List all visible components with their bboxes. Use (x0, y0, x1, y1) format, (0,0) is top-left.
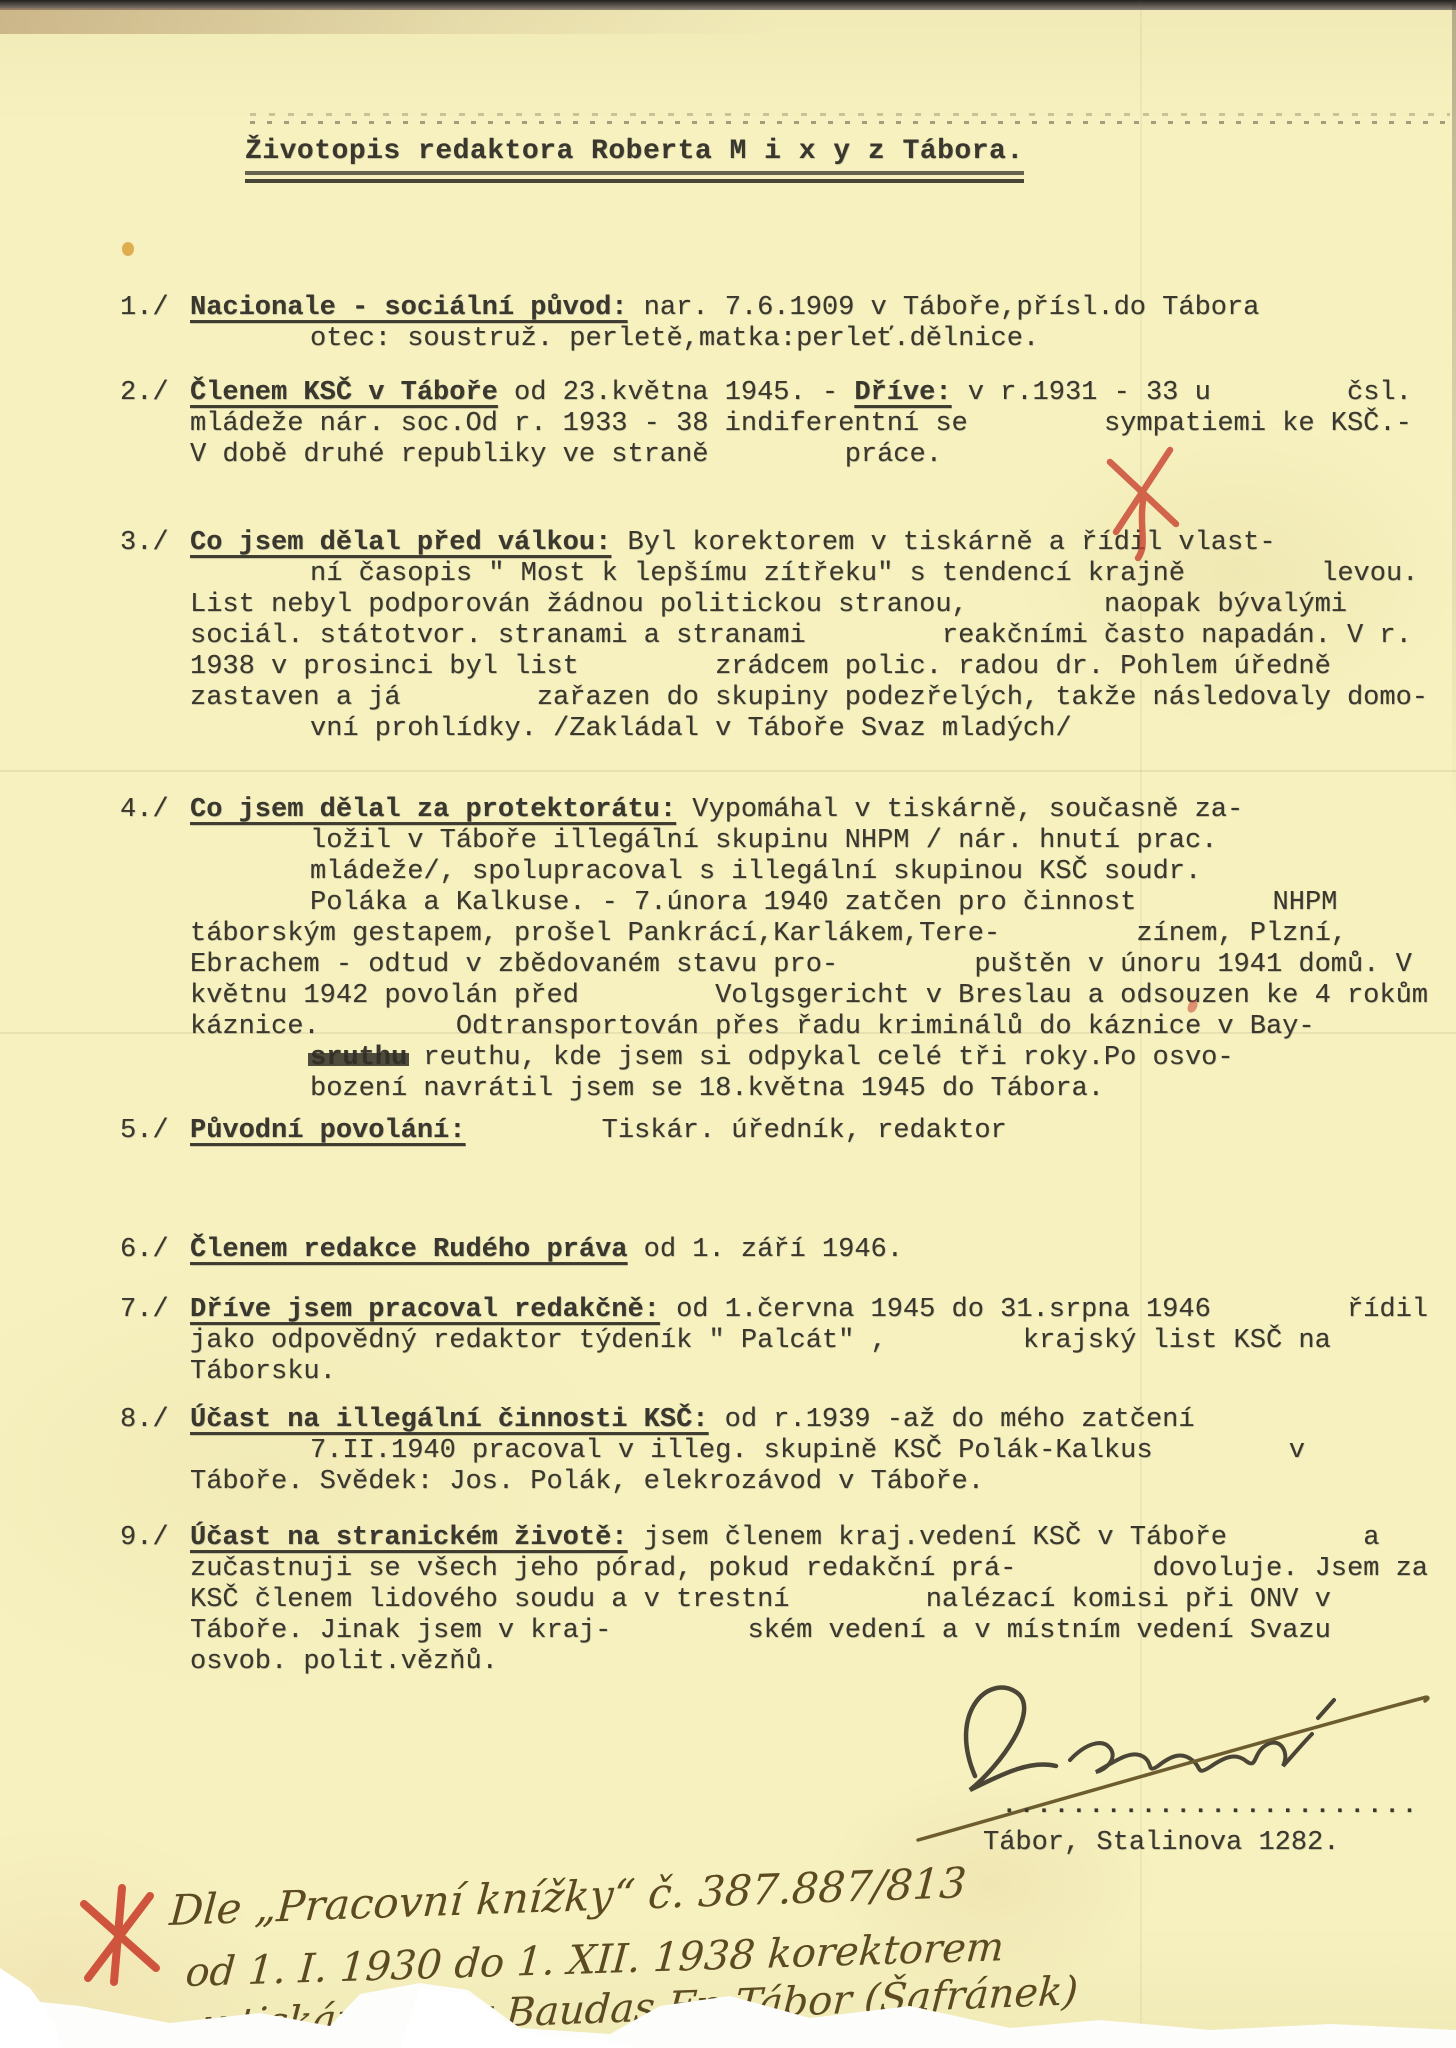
list-item-8: 8./ Účast na illegální činnosti KSČ: od … (120, 1405, 1430, 1498)
scanned-document-page: Životopis redaktora Roberta M i x y z Tá… (0, 0, 1456, 2048)
list-item-5: 5./ Původní povolání: Tiskár. úředník, r… (120, 1116, 1430, 1147)
item-text: Vypomáhal v tiskárně, současně za- (676, 795, 1243, 825)
item-text-line: Odtransportován přes řadu kriminálů do k… (456, 1012, 1315, 1042)
list-item-7: 7./ Dříve jsem pracoval redakčně: od 1.č… (120, 1295, 1430, 1388)
item-heading: Původní povolání: (190, 1116, 465, 1146)
item-number: 2./ (120, 378, 190, 409)
paper-crease (0, 770, 1456, 772)
item-heading: Co jsem dělal za protektorátu: (190, 795, 676, 825)
list-item-9: 9./ Účast na stranickém životě: jsem čle… (120, 1523, 1430, 1678)
item-text-line: ložil v Táboře illegální skupinu NHPM / … (310, 826, 1217, 856)
item-text: od 23.května 1945. - (498, 378, 854, 408)
signature-dotted-line: ........................ (1002, 1793, 1420, 1820)
item-text-line: bození navrátil jsem se 18.května 1945 d… (310, 1074, 1104, 1104)
item-number: 9./ (120, 1523, 190, 1554)
item-number: 5./ (120, 1116, 190, 1147)
item-text-line: mládeže/, spolupracoval s illegální skup… (310, 857, 1201, 887)
item-text: od r.1939 -až do mého zatčení (708, 1405, 1194, 1435)
list-item-3: 3./ Co jsem dělal před válkou: Byl korek… (120, 528, 1430, 745)
item-number: 4./ (120, 795, 190, 826)
item-number: 1./ (120, 293, 190, 324)
list-item-4: 4./ Co jsem dělal za protektorátu: Vypom… (120, 795, 1430, 1105)
item-heading: Členem redakce Rudého práva (190, 1235, 627, 1265)
item-text: jsem členem kraj.vedení KSČ v Táboře (627, 1523, 1227, 1553)
stain-dot (122, 242, 134, 256)
item-text: v r.1931 - 33 u (952, 378, 1211, 408)
item-text: od 1. září 1946. (627, 1235, 902, 1265)
item-text-line: Poláka a Kalkuse. - 7.února 1940 zatčen … (310, 888, 1136, 918)
item-text-line: ní časopis " Most k lepšímu zítřeku" s t… (310, 559, 1185, 589)
item-text-line: otec: soustruž. perletě,matka:perleť.děl… (310, 324, 1039, 354)
item-heading: Dříve: (854, 378, 951, 408)
item-text-line-with-strikeout: sruthu reuthu, kde jsem si odpykal celé … (310, 1043, 1234, 1073)
right-scan-edge (1452, 0, 1456, 819)
item-heading: Nacionale - sociální původ: (190, 293, 627, 323)
item-heading: Dříve jsem pracoval redakčně: (190, 1295, 660, 1325)
item-number: 3./ (120, 528, 190, 559)
item-text: reuthu, kde jsem si odpykal celé tři rok… (407, 1043, 1233, 1073)
item-heading: Účast na stranickém životě: (190, 1523, 627, 1553)
page-title: Životopis redaktora Roberta M i x y z Tá… (245, 136, 1024, 183)
list-item-1: 1./ Nacionale - sociální původ: nar. 7.6… (120, 293, 1430, 355)
struck-out-word: sruthu (310, 1043, 407, 1073)
item-heading: Co jsem dělal před válkou: (190, 528, 611, 558)
signature-address: Tábor, Stalinova 1282. (983, 1828, 1339, 1858)
item-text-line: vní prohlídky. /Zakládal v Táboře Svaz m… (310, 714, 1072, 744)
item-number: 7./ (120, 1295, 190, 1326)
item-number: 6./ (120, 1235, 190, 1266)
item-text: nar. 7.6.1909 v Táboře,přísl.do Tábora (627, 293, 1259, 323)
torn-edge (0, 1928, 1456, 2048)
item-text-line: práce. (845, 440, 942, 470)
top-edge-smudge (0, 8, 780, 34)
residue-dotted-line (250, 113, 1450, 123)
item-text: od 1.června 1945 do 31.srpna 1946 (660, 1295, 1211, 1325)
item-number: 8./ (120, 1405, 190, 1436)
item-heading: Účast na illegální činnosti KSČ: (190, 1405, 708, 1435)
handwritten-note-line-1: Dle „Pracovní knížky“ č. 387.887/813 (168, 1858, 968, 1935)
item-text-line: zařazen do skupiny podezřelých, takže ná… (537, 683, 1428, 713)
list-item-2: 2./ Členem KSČ v Táboře od 23.května 194… (120, 378, 1430, 471)
item-text-line: 7.II.1940 pracoval v illeg. skupině KSČ … (310, 1436, 1153, 1466)
list-item-6: 6./ Členem redakce Rudého práva od 1. zá… (120, 1235, 1430, 1266)
item-heading: Členem KSČ v Táboře (190, 378, 498, 408)
red-cross-mark (1098, 432, 1193, 567)
profession-text: Tiskár. úředník, redaktor (602, 1116, 1007, 1146)
